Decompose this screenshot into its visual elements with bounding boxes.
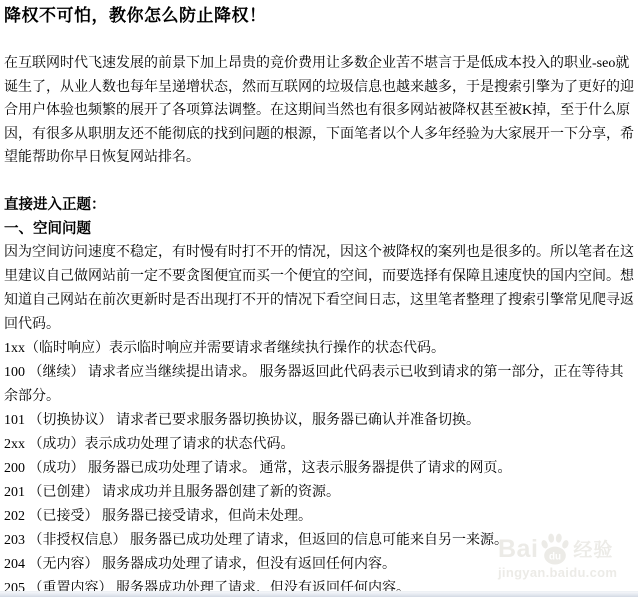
status-code-line-2xx: 2xx （成功）表示成功处理了请求的状态代码。 bbox=[4, 433, 634, 457]
article-page: 降权不可怕，教你怎么防止降权！ 在互联网时代飞速发展的前景下加上昂贵的竞价费用让… bbox=[0, 0, 638, 597]
status-code-line-202: 202 （已接受） 服务器已接受请求，但尚未处理。 bbox=[4, 505, 634, 529]
status-code-line-101: 101 （切换协议） 请求者已要求服务器切换协议，服务器已确认并准备切换。 bbox=[4, 409, 634, 433]
page-title: 降权不可怕，教你怎么防止降权！ bbox=[4, 4, 634, 28]
watermark-paw-text: du bbox=[549, 551, 561, 562]
window-bottom-edge bbox=[0, 591, 638, 597]
watermark-brand-row: Bai du 经验 bbox=[498, 528, 634, 564]
section-heading: 一、空间问题 bbox=[4, 217, 634, 241]
baidu-experience-watermark: Bai du 经验 jingyan.baidu.com bbox=[498, 528, 634, 580]
watermark-brand-bai: Bai bbox=[498, 534, 538, 564]
section-lead: 直接进入正题： bbox=[4, 193, 634, 217]
status-code-line-201: 201 （已创建） 请求成功并且服务器创建了新的资源。 bbox=[4, 481, 634, 505]
watermark-brand-suffix: 经验 bbox=[573, 538, 613, 564]
intro-paragraph: 在互联网时代飞速发展的前景下加上昂贵的竞价费用让多数企业苦不堪言于是低成本投入的… bbox=[4, 52, 634, 170]
status-code-line-1xx: 1xx（临时响应）表示临时响应并需要请求者继续执行操作的状态代码。 bbox=[4, 337, 634, 361]
status-code-line-100: 100 （继续） 请求者应当继续提出请求。 服务器返回此代码表示已收到请求的第一… bbox=[4, 361, 634, 409]
status-code-line-200: 200 （成功） 服务器已成功处理了请求。 通常，这表示服务器提供了请求的网页。 bbox=[4, 457, 634, 481]
baidu-paw-icon: du bbox=[539, 532, 571, 566]
section-body: 因为空间访问速度不稳定，有时慢有时打不开的情况，因这个被降权的案列也是很多的。所… bbox=[4, 241, 634, 337]
watermark-url: jingyan.baidu.com bbox=[498, 565, 634, 580]
article-content: 降权不可怕，教你怎么防止降权！ 在互联网时代飞速发展的前景下加上昂贵的竞价费用让… bbox=[0, 0, 636, 597]
